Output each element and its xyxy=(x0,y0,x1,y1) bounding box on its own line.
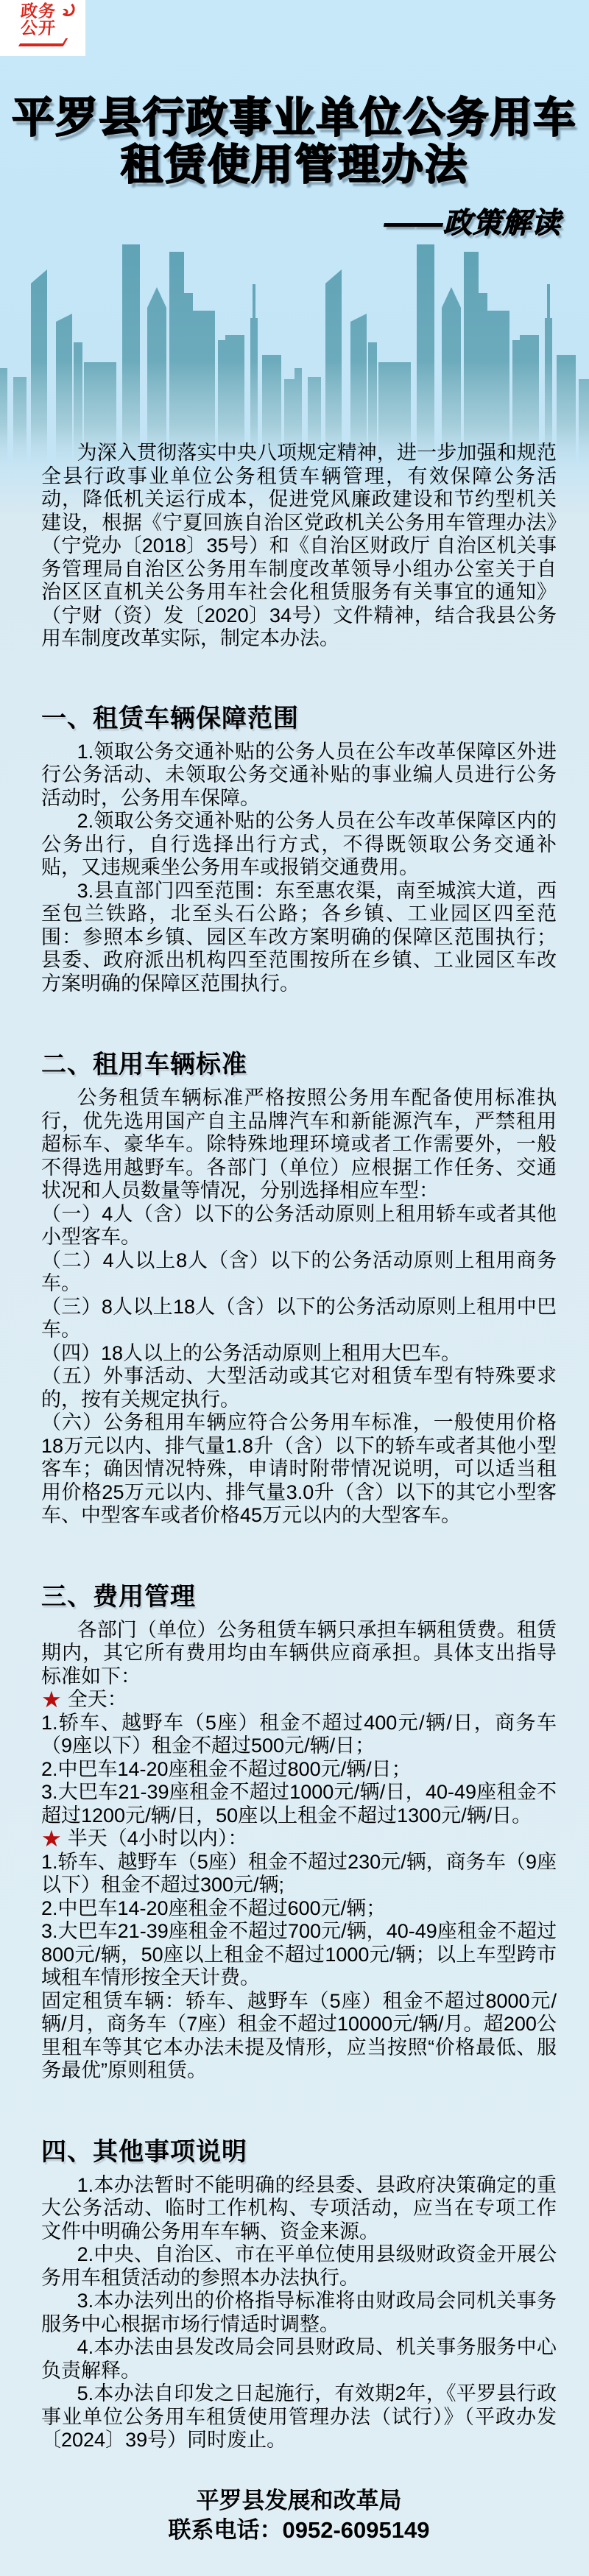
paragraph: 5.本办法自印发之日起施行，有效期2年，《平罗县行政事业单位公务用车租赁使用管理… xyxy=(41,2382,557,2452)
star-icon: ★ xyxy=(41,1826,62,1852)
paragraph: （三）8人以上18人（含）以下的公务活动原则上租用中巴车。 xyxy=(41,1296,557,1342)
paragraph: 1.本办法暂时不能明确的经县委、县政府决策确定的重大公务活动、临时工作机构、专项… xyxy=(41,2174,557,2244)
paragraph: 3.大巴车21-39座租金不超过700元/辆，40-49座租金不超过800元/辆… xyxy=(41,1920,557,1990)
paragraph: 3.县直部门四至范围：东至惠农渠，南至城滨大道，西至包兰铁路，北至头石公路；各乡… xyxy=(41,880,557,996)
paragraph: ★半天（4小时以内）： xyxy=(41,1827,557,1851)
section-heading: 四、其他事项说明 xyxy=(41,2136,557,2168)
document-body: 为深入贯彻落实中央八项规定精神，进一步加强和规范全县行政事业单位公务租赁车辆管理… xyxy=(0,0,589,2576)
paragraph: 4.本办法由县发改局会同县财政局、机关事务服务中心负责解释。 xyxy=(41,2336,557,2382)
paragraph: 固定租赁车辆：轿车、越野车（5座）租金不超过8000元/辆/月，商务车（7座）租… xyxy=(41,1990,557,2083)
paragraph: 1.轿车、越野车（5座）租金不超过230元/辆，商务车（9座以下）租金不超过30… xyxy=(41,1851,557,1897)
paragraph: 2.领取公务交通补贴的公务人员在公车改革保障区内的公务出行，自行选择出行方式，不… xyxy=(41,810,557,880)
section-heading: 一、租赁车辆保障范围 xyxy=(41,702,557,735)
paragraph: （五）外事活动、大型活动或其它对租赁车型有特殊要求的，按有关规定执行。 xyxy=(41,1365,557,1411)
paragraph: （二）4人以上8人（含）以下的公务活动原则上租用商务车。 xyxy=(41,1249,557,1296)
paragraph: 1.轿车、越野车（5座）租金不超过400元/辆/日，商务车（9座以下）租金不超过… xyxy=(41,1712,557,1758)
star-icon: ★ xyxy=(41,1687,62,1712)
policy-poster: 政务 公开 xyxy=(0,0,589,2576)
paragraph: 2.中巴车14-20座租金不超过600元/辆； xyxy=(41,1897,557,1921)
paragraph: 各部门（单位）公务租赁车辆只承担车辆租赁费。租赁期内，其它所有费用均由车辆供应商… xyxy=(41,1619,557,1689)
paragraph: ★全天： xyxy=(41,1688,557,1712)
paragraph: （一）4人（含）以下的公务活动原则上租用轿车或者其他小型客车。 xyxy=(41,1203,557,1249)
footer: 平罗县发展和改革局 联系电话：0952-6095149 xyxy=(41,2486,557,2545)
footer-org: 平罗县发展和改革局 xyxy=(41,2486,557,2516)
paragraph: （六）公务租用车辆应符合公务用车标准，一般使用价格18万元以内、排气量1.8升（… xyxy=(41,1411,557,1528)
section-heading: 三、费用管理 xyxy=(41,1581,557,1613)
paragraph: 2.中巴车14-20座租金不超过800元/辆/日； xyxy=(41,1758,557,1782)
paragraph: 1.领取公务交通补贴的公务人员在公车改革保障区外进行公务活动、未领取公务交通补贴… xyxy=(41,741,557,811)
paragraph: 公务租赁车辆标准严格按照公务用车配备使用标准执行，优先选用国产自主品牌汽车和新能… xyxy=(41,1087,557,1203)
sections-container: 一、租赁车辆保障范围1.领取公务交通补贴的公务人员在公车改革保障区外进行公务活动… xyxy=(41,702,557,2452)
paragraph: （四）18人以上的公务活动原则上租用大巴车。 xyxy=(41,1342,557,1366)
section-heading: 二、租用车辆标准 xyxy=(41,1048,557,1081)
paragraph: 3.大巴车21-39座租金不超过1000元/辆/日，40-49座租金不超过120… xyxy=(41,1781,557,1827)
intro-paragraph: 为深入贯彻落实中央八项规定精神，进一步加强和规范全县行政事业单位公务租赁车辆管理… xyxy=(41,442,557,651)
paragraph: 3.本办法列出的价格指导标准将由财政局会同机关事务服务中心根据市场行情适时调整。 xyxy=(41,2290,557,2336)
paragraph: 2.中央、自治区、市在平单位使用县级财政资金开展公务用车租赁活动的参照本办法执行… xyxy=(41,2243,557,2290)
footer-phone: 联系电话：0952-6095149 xyxy=(41,2516,557,2545)
